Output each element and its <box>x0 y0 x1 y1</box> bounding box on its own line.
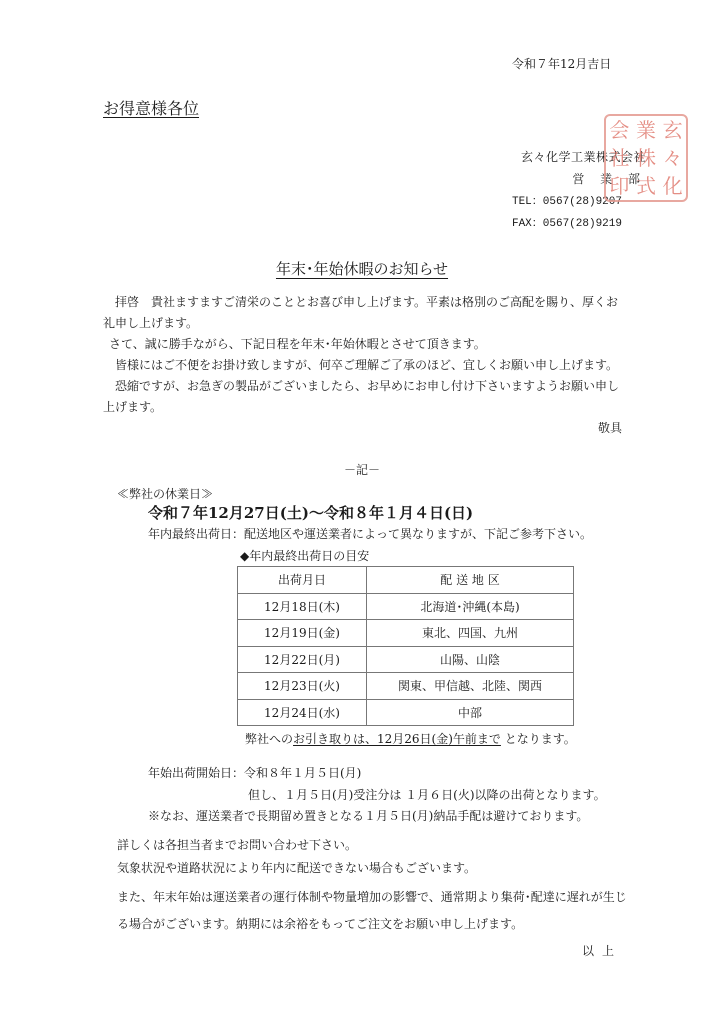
carrier-note: ※なお、運送業者で長期留め置きとなる１月５日(月)納品手配は避けております。 <box>148 807 588 824</box>
stamp-char: 化 <box>659 176 686 196</box>
delay-note: また、年末年始は運送業者の運行体制や物量増加の影響で、通常期より集荷･配達に遅れ… <box>117 884 637 938</box>
table-row: 12月23日(火) 関東、甲信越、北陸、関西 <box>238 673 574 700</box>
stamp-char: 業 <box>633 120 660 140</box>
table-row: 12月18日(木) 北海道･沖縄(本島) <box>238 593 574 620</box>
paragraph-schedule: さて、誠に勝手ながら、下記日程を年末･年始休暇とさせて頂きます。 <box>103 334 623 355</box>
new-year-caveat: 但し、１月５日(月)受注分は １月６日(火)以降の出荷となります。 <box>248 786 606 803</box>
document-date: 令和７年12月吉日 <box>512 55 611 72</box>
notice-title: 年末･年始休暇のお知らせ <box>0 258 724 279</box>
region-cell: 山陽、山陰 <box>367 646 574 673</box>
ship-date-cell: 12月24日(水) <box>238 699 367 726</box>
holiday-range: 令和７年12月27日(土)～令和８年１月４日(日) <box>148 502 473 523</box>
ship-date-cell: 12月22日(月) <box>238 646 367 673</box>
region-cell: 北海道･沖縄(本島) <box>367 593 574 620</box>
company-seal-stamp-icon: 玄 々 化 業 株 式 会 社 印 <box>604 114 688 202</box>
region-cell: 中部 <box>367 699 574 726</box>
addressee: お得意様各位 <box>103 96 199 119</box>
stamp-char: 印 <box>606 176 633 196</box>
pickup-prefix: 弊社への <box>245 732 293 746</box>
shipping-schedule-table: 出荷月日 配 送 地 区 12月18日(木) 北海道･沖縄(本島) 12月19日… <box>237 566 574 726</box>
closing-greeting: 敬具 <box>598 419 622 436</box>
stamp-char: 式 <box>633 176 660 196</box>
header-region: 配 送 地 区 <box>367 567 574 594</box>
contact-note: 詳しくは各担当者までお問い合わせ下さい。 <box>117 836 357 853</box>
stamp-char: 会 <box>606 120 633 140</box>
paragraph-apology: 皆様にはご不便をお掛け致しますが、何卒ご理解ご了承のほど、宜しくお願い申し上げま… <box>103 355 623 376</box>
holiday-label: ≪弊社の休業日≫ <box>117 485 213 502</box>
region-cell: 東北、四国、九州 <box>367 620 574 647</box>
ki-marker: －記－ <box>0 461 724 478</box>
paragraph-urgent: 恐縮ですが、お急ぎの製品がございましたら、お早めにお申し付け下さいますようお願い… <box>103 376 623 418</box>
new-year-start: 年始出荷開始日：令和８年１月５日(月) <box>148 764 361 781</box>
letter-body: 拝啓 貴社ますますご清栄のこととお喜び申し上げます。平素は格別のご高配を賜り、厚… <box>103 292 623 418</box>
table-header-row: 出荷月日 配 送 地 区 <box>238 567 574 594</box>
pickup-deadline: 弊社へのお引き取りは、12月26日(金)午前まで となります。 <box>245 730 576 747</box>
stamp-char: 社 <box>606 148 633 168</box>
ship-date-cell: 12月23日(火) <box>238 673 367 700</box>
closing-mark: 以上 <box>582 942 622 959</box>
region-cell: 関東、甲信越、北陸、関西 <box>367 673 574 700</box>
ship-date-cell: 12月18日(木) <box>238 593 367 620</box>
table-row: 12月19日(金) 東北、四国、九州 <box>238 620 574 647</box>
table-label: ◆年内最終出荷日の目安 <box>240 547 369 564</box>
header-ship-date: 出荷月日 <box>238 567 367 594</box>
table-row: 12月22日(月) 山陽、山陰 <box>238 646 574 673</box>
pickup-deadline-underlined: お引き取りは、12月26日(金)午前まで <box>293 732 501 746</box>
pickup-suffix: となります。 <box>501 732 576 746</box>
stamp-char: 株 <box>633 148 660 168</box>
paragraph-greeting: 拝啓 貴社ますますご清栄のこととお喜び申し上げます。平素は格別のご高配を賜り、厚… <box>103 292 623 334</box>
stamp-char: 玄 <box>659 120 686 140</box>
table-row: 12月24日(水) 中部 <box>238 699 574 726</box>
weather-note: 気象状況や道路状況により年内に配送できない場合もございます。 <box>117 859 476 876</box>
stamp-char: 々 <box>659 148 686 168</box>
fax-number: FAX：0567(28)9219 <box>512 214 622 230</box>
last-shipping-note: 年内最終出荷日：配送地区や運送業者によって異なりますが、下記ご参考下さい。 <box>148 525 592 542</box>
ship-date-cell: 12月19日(金) <box>238 620 367 647</box>
